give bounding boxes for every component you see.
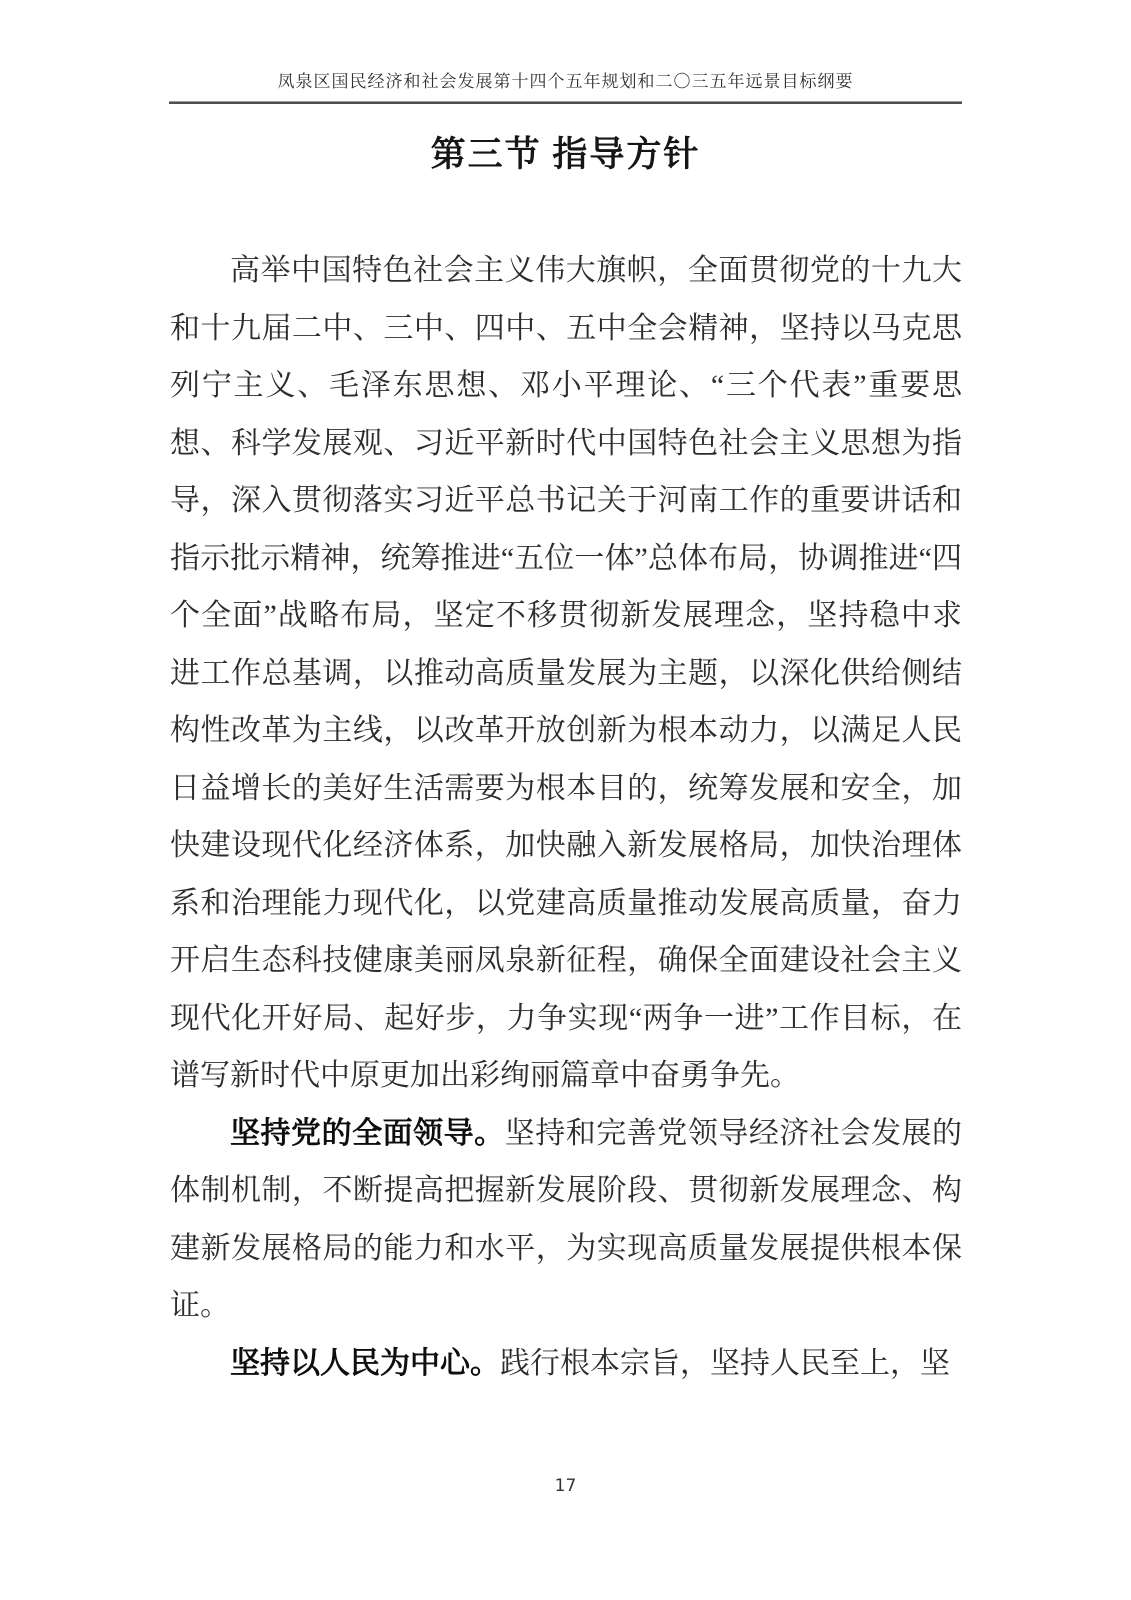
- document-page: 凤泉区国民经济和社会发展第十四个五年规划和二〇三五年远景目标纲要 第三节 指导方…: [0, 0, 1131, 1600]
- paragraph-party-leadership-lead: 坚持党的全面领导。: [230, 1117, 505, 1150]
- paragraph-people-centered: 坚持以人民为中心。践行根本宗旨，坚持人民至上，坚: [170, 1335, 962, 1393]
- page-number: 17: [0, 1476, 1131, 1496]
- page-header: 凤泉区国民经济和社会发展第十四个五年规划和二〇三五年远景目标纲要: [169, 70, 962, 104]
- paragraph-people-centered-lead: 坚持以人民为中心。: [230, 1347, 500, 1380]
- header-rule: [169, 101, 962, 104]
- paragraph-guiding-principles: 高举中国特色社会主义伟大旗帜，全面贯彻党的十九大和十九届二中、三中、四中、五中全…: [170, 242, 962, 1105]
- paragraph-people-centered-text: 践行根本宗旨，坚持人民至上，坚: [500, 1347, 950, 1380]
- document-body: 高举中国特色社会主义伟大旗帜，全面贯彻党的十九大和十九届二中、三中、四中、五中全…: [170, 242, 962, 1392]
- paragraph-party-leadership: 坚持党的全面领导。坚持和完善党领导经济社会发展的体制机制，不断提高把握新发展阶段…: [170, 1105, 962, 1335]
- paragraph-guiding-principles-text: 高举中国特色社会主义伟大旗帜，全面贯彻党的十九大和十九届二中、三中、四中、五中全…: [170, 254, 962, 1092]
- running-header-title: 凤泉区国民经济和社会发展第十四个五年规划和二〇三五年远景目标纲要: [169, 70, 962, 101]
- section-title: 第三节 指导方针: [0, 131, 1131, 179]
